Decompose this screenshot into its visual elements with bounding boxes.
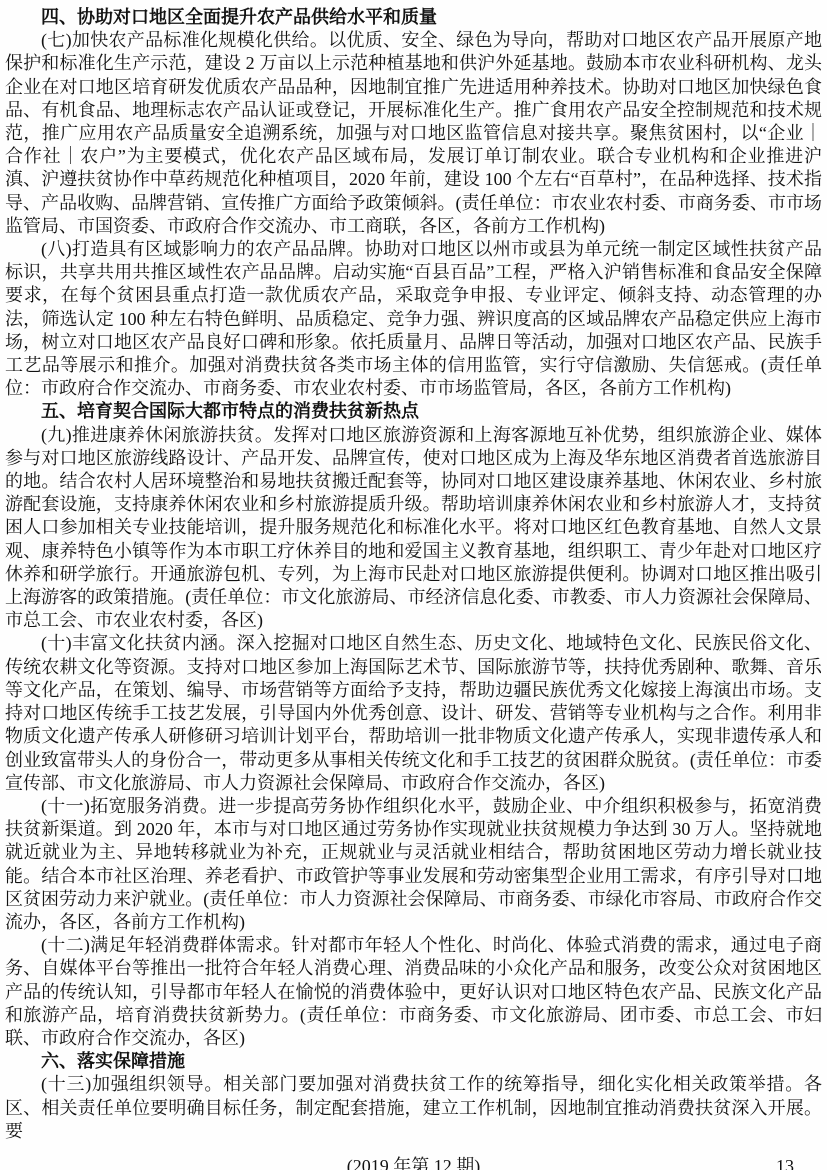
- paragraph-item-13: (十三)加强组织领导。相关部门要加强对消费扶贫工作的统筹指导，细化实化相关政策举…: [5, 1073, 822, 1143]
- paragraph-item-8: (八)打造具有区域影响力的农产品品牌。协助对口地区以州市或县为单元统一制定区域性…: [5, 238, 822, 400]
- page-number: 13: [776, 1155, 794, 1170]
- section-heading-six: 六、落实保障措施: [5, 1050, 822, 1073]
- section-heading-five: 五、培育契合国际大都市特点的消费扶贫新热点: [5, 400, 822, 423]
- paragraph-item-9: (九)推进康养休闲旅游扶贫。发挥对口地区旅游资源和上海客源地互补优势，组织旅游企…: [5, 424, 822, 633]
- section-heading-four: 四、协助对口地区全面提升农产品供给水平和质量: [5, 6, 822, 29]
- paragraph-item-12: (十二)满足年轻消费群体需求。针对都市年轻人个性化、时尚化、体验式消费的需求，通…: [5, 934, 822, 1050]
- paragraph-item-10: (十)丰富文化扶贫内涵。深入挖掘对口地区自然生态、历史文化、地域特色文化、民族民…: [5, 632, 822, 794]
- issue-label: (2019 年第 12 期): [347, 1156, 481, 1170]
- paragraph-item-7: (七)加快农产品标准化规模化供给。以优质、安全、绿色为导向，帮助对口地区农产品开…: [5, 29, 822, 238]
- document-page: 四、协助对口地区全面提升农产品供给水平和质量 (七)加快农产品标准化规模化供给。…: [0, 0, 827, 1170]
- page-footer: (2019 年第 12 期) 13: [5, 1155, 822, 1170]
- paragraph-item-11: (十一)拓宽服务消费。进一步提高劳务协作组织化水平，鼓励企业、中介组织积极参与，…: [5, 795, 822, 934]
- document-body: 四、协助对口地区全面提升农产品供给水平和质量 (七)加快农产品标准化规模化供给。…: [5, 6, 822, 1143]
